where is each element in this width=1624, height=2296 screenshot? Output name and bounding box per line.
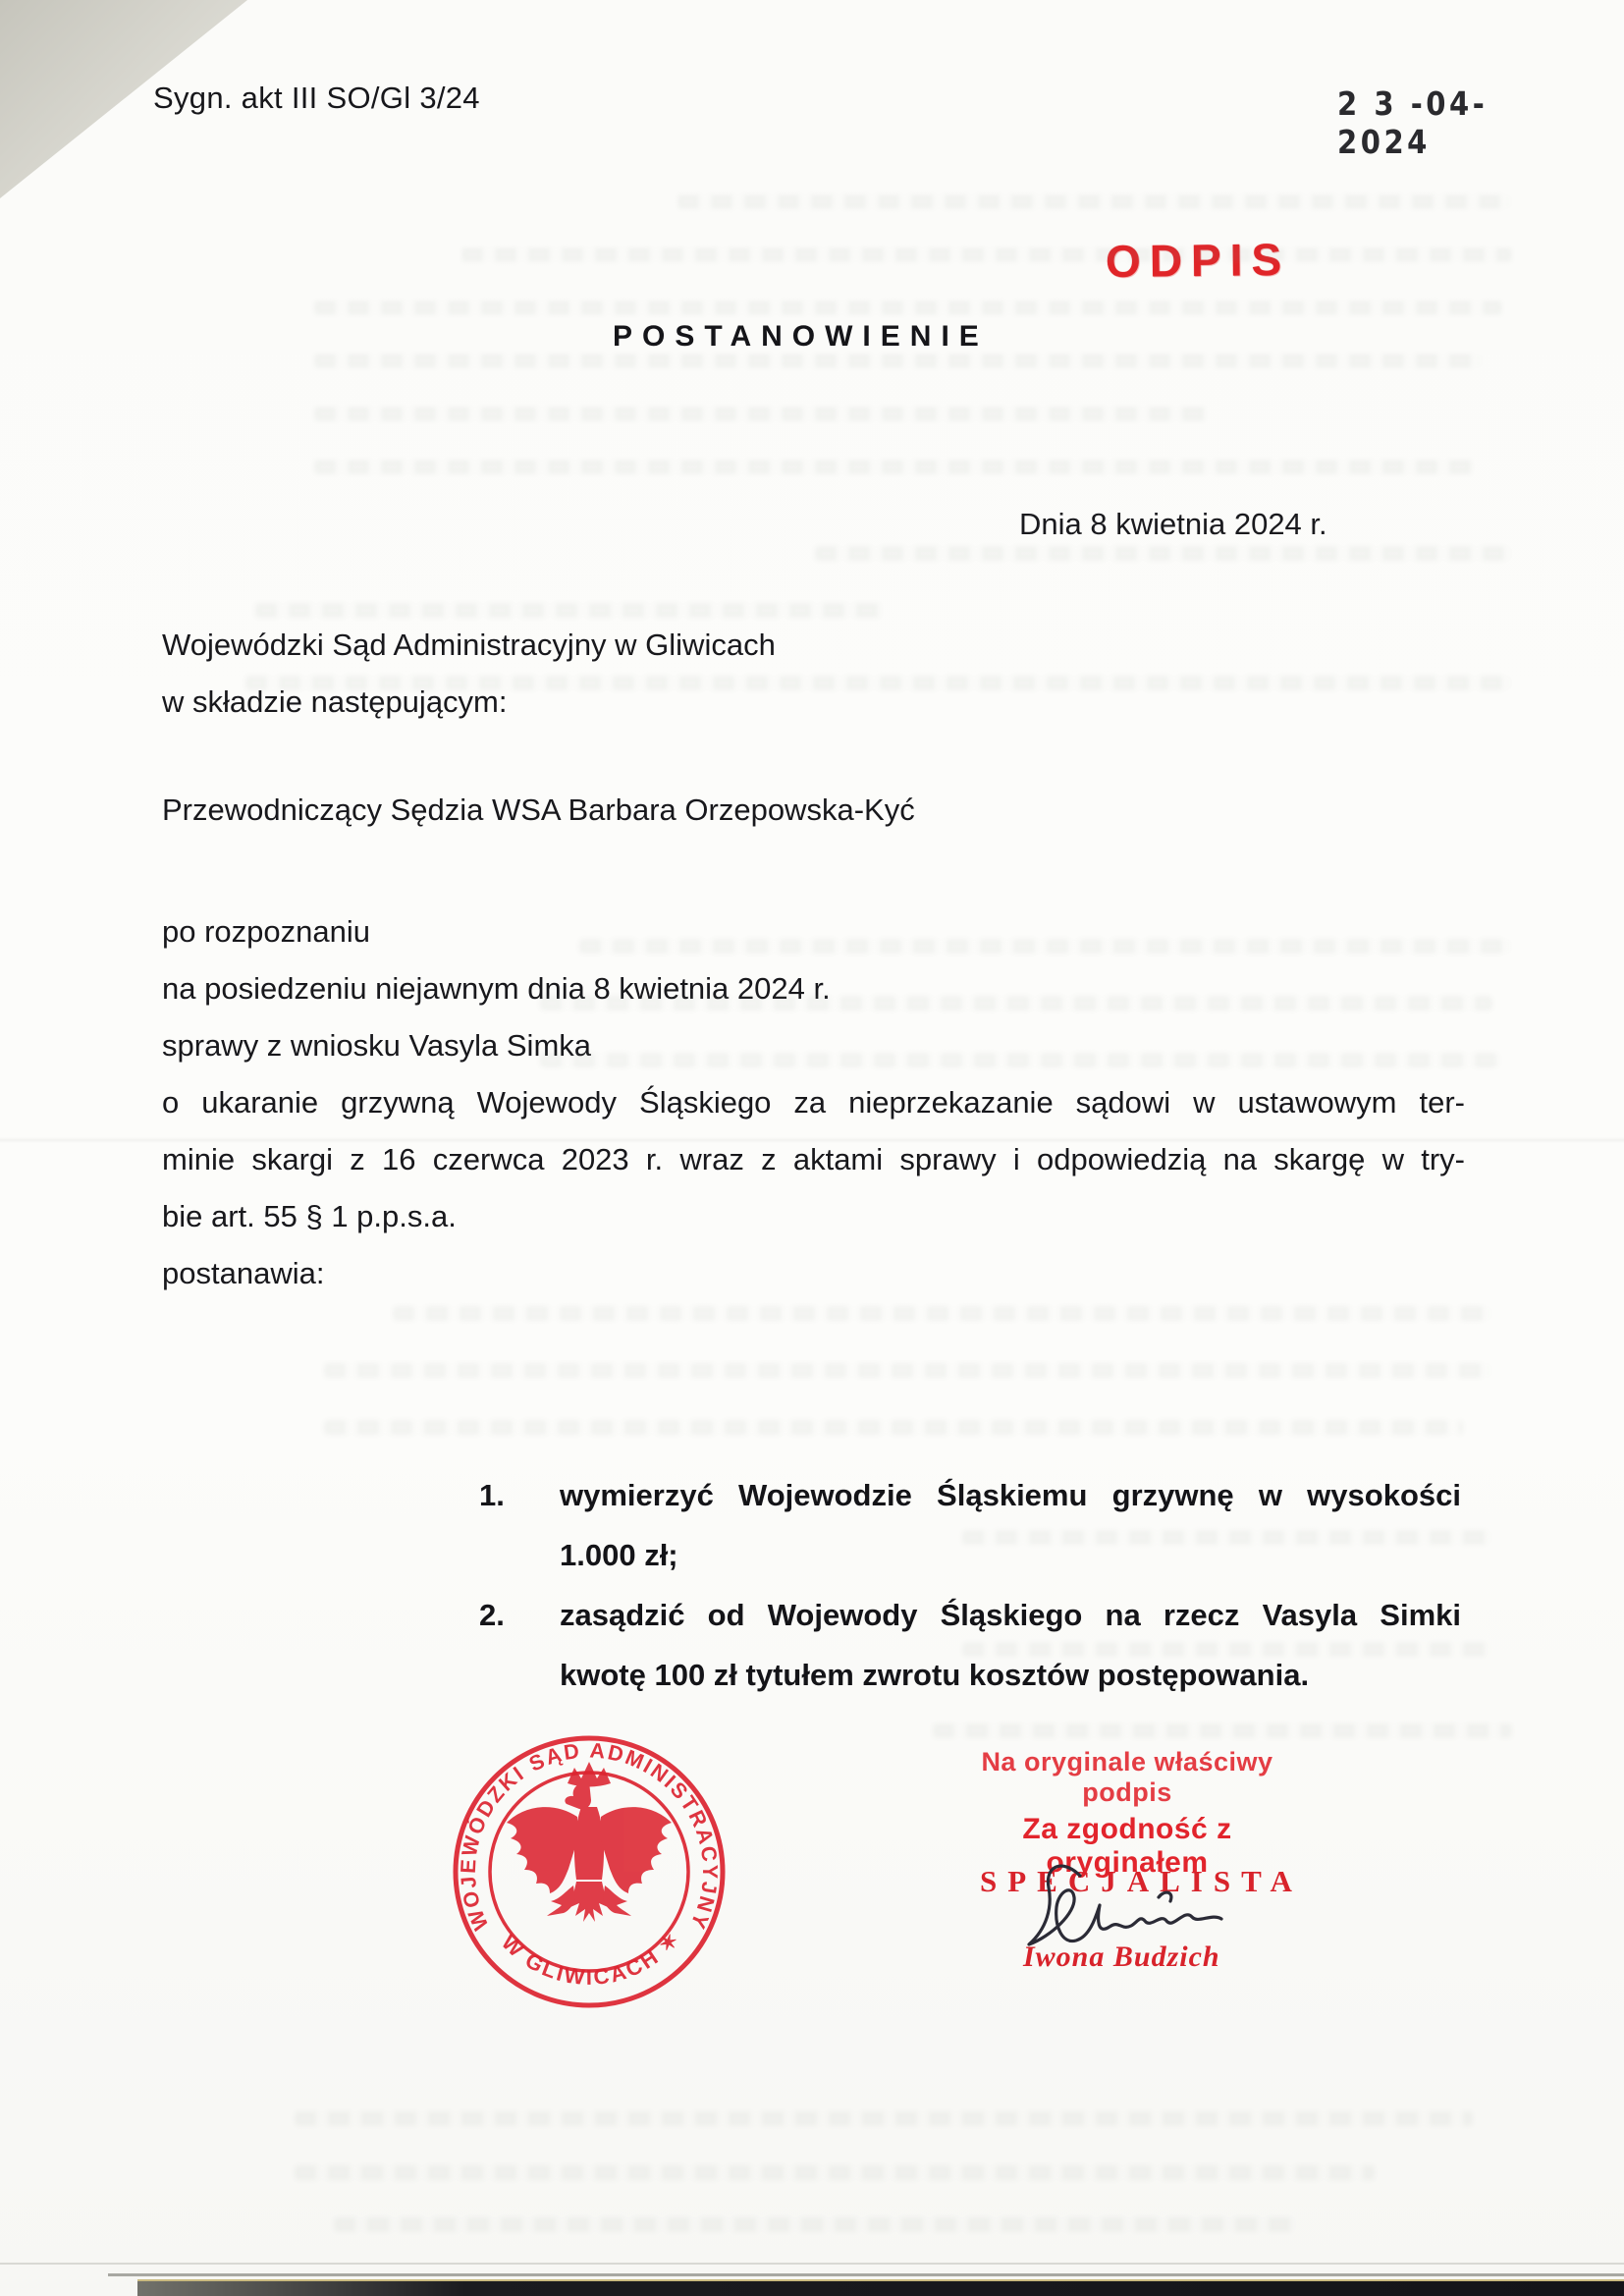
bleed-through-smudge: [579, 939, 1512, 954]
recital-line: bie art. 55 § 1 p.p.s.a.: [162, 1196, 457, 1237]
bleed-through-smudge: [334, 2217, 1296, 2232]
bleed-through-smudge: [677, 194, 1512, 209]
bleed-through-smudge: [540, 1053, 1502, 1067]
bleed-through-smudge: [324, 1363, 1492, 1378]
court-round-seal: WOJEWÓDZKI SĄD ADMINISTRACYJNY ✶ W GLIWI…: [448, 1730, 731, 2013]
recital-line: po rozpoznaniu: [162, 911, 370, 953]
ruling-item: 1. wymierzyć Wojewodzie Śląskiemu grzywn…: [479, 1465, 1463, 1585]
bleed-through-smudge: [314, 407, 1208, 421]
scanned-court-document: Sygn. akt III SO/Gl 3/24 2 3 -04- 2024 O…: [0, 0, 1624, 2296]
case-number: Sygn. akt III SO/Gl 3/24: [153, 81, 480, 116]
bleed-through-smudge: [314, 301, 1502, 315]
received-date-stamp: 2 3 -04- 2024: [1337, 84, 1590, 161]
ruling-number: 2.: [479, 1585, 505, 1645]
scan-bottom-edge: [137, 2279, 1624, 2296]
recital-line: o ukaranie grzywną Wojewody Śląskiego za…: [162, 1082, 1465, 1123]
court-name-line: Wojewódzki Sąd Administracyjny w Gliwica…: [162, 625, 776, 666]
bleed-through-smudge: [314, 354, 1483, 368]
bleed-through-smudge: [393, 1306, 1492, 1321]
ruling-intro: postanawia:: [162, 1253, 324, 1294]
scan-edge-line: [108, 2273, 1624, 2276]
ruling-number: 1.: [479, 1465, 505, 1525]
recital-line: minie skargi z 16 czerwca 2023 r. wraz z…: [162, 1139, 1465, 1180]
bleed-through-smudge: [461, 247, 1512, 262]
certification-line: Na oryginale właściwy podpis: [941, 1747, 1314, 1808]
document-title: POSTANOWIENIE: [613, 320, 989, 354]
polish-eagle-emblem: [507, 1762, 672, 1922]
recital-line: sprawy z wniosku Vasyla Simka: [162, 1025, 591, 1066]
bleed-through-smudge: [324, 1420, 1463, 1435]
bleed-through-smudge: [540, 996, 1492, 1011]
bleed-through-smudge: [255, 603, 884, 618]
judge-line: Przewodniczący Sędzia WSA Barbara Orzepo…: [162, 790, 915, 831]
scan-edge-line: [0, 2263, 1624, 2265]
bleed-through-smudge: [314, 460, 1473, 474]
bleed-through-smudge: [245, 676, 1512, 690]
bleed-through-smudge: [962, 1642, 1492, 1657]
bleed-through-smudge: [295, 2111, 1473, 2126]
ruling-list: 1. wymierzyć Wojewodzie Śląskiemu grzywn…: [479, 1465, 1463, 1705]
ruling-text-line: wymierzyć Wojewodzie Śląskiemu grzywnę w…: [560, 1465, 1461, 1525]
bleed-through-smudge: [933, 1723, 1512, 1738]
decision-date: Dnia 8 kwietnia 2024 r.: [1019, 507, 1327, 542]
bleed-through-smudge: [962, 1530, 1492, 1545]
ruling-text-line: zasądzić od Wojewody Śląskiego na rzecz …: [560, 1585, 1461, 1645]
bleed-through-smudge: [815, 546, 1512, 561]
signer-name-stamp: Iwona Budzich: [1023, 1941, 1220, 1974]
bleed-through-smudge: [295, 2165, 1375, 2180]
